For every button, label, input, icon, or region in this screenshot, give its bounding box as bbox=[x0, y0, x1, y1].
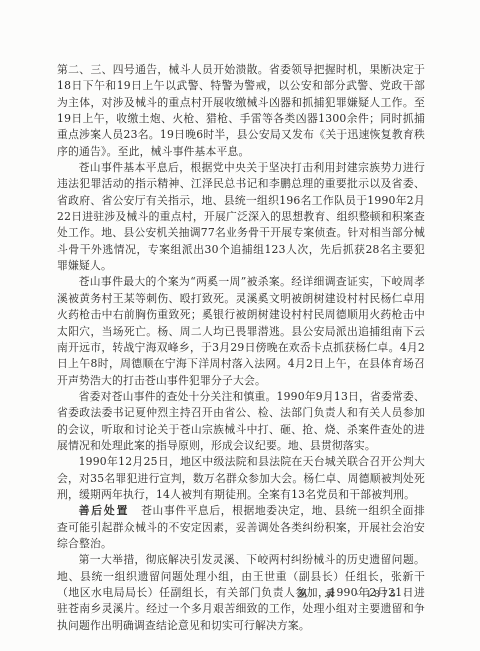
paragraph-continuation: 第二、三、四号通告，械斗人员开始溃散。省委领导把握时机，果断决定于18日下午和1… bbox=[57, 62, 425, 160]
paragraph: 苍山事件基本平息后，根据党中央关于坚决打击利用封建宗族势力进行违法犯罪活动的指示… bbox=[57, 160, 425, 274]
body-text: 第二、三、四号通告，械斗人员开始溃散。省委领导把握时机，果断决定于18日下午和1… bbox=[57, 62, 425, 634]
footer-section-title: 丛 录 bbox=[297, 586, 340, 600]
inline-heading: 善后处置 bbox=[79, 504, 130, 517]
page-number: · 1875 · bbox=[356, 589, 408, 600]
paragraph: 苍山事件最大的个案为“两奚一周”被杀案。经详细调查证实，下峧周孝溪被黄务村王某等… bbox=[57, 274, 425, 388]
book-page: 第二、三、四号通告，械斗人员开始溃散。省委领导把握时机，果断决定于18日下午和1… bbox=[0, 0, 480, 651]
paragraph: 1990年12月25日，地区中级法院和县法院在天台城关联合召开公判大会，对35名… bbox=[57, 454, 425, 503]
page-footer: 丛 录 · 1875 · bbox=[297, 586, 408, 600]
paragraph: 省委对苍山事件的查处十分关注和慎重。1990年9月13日，省委常委、省委政法委书… bbox=[57, 389, 425, 454]
paragraph-with-heading: 善后处置苍山事件平息后，根据地委决定，地、县统一组织全面排查可能引起群众械斗的不… bbox=[57, 503, 425, 552]
